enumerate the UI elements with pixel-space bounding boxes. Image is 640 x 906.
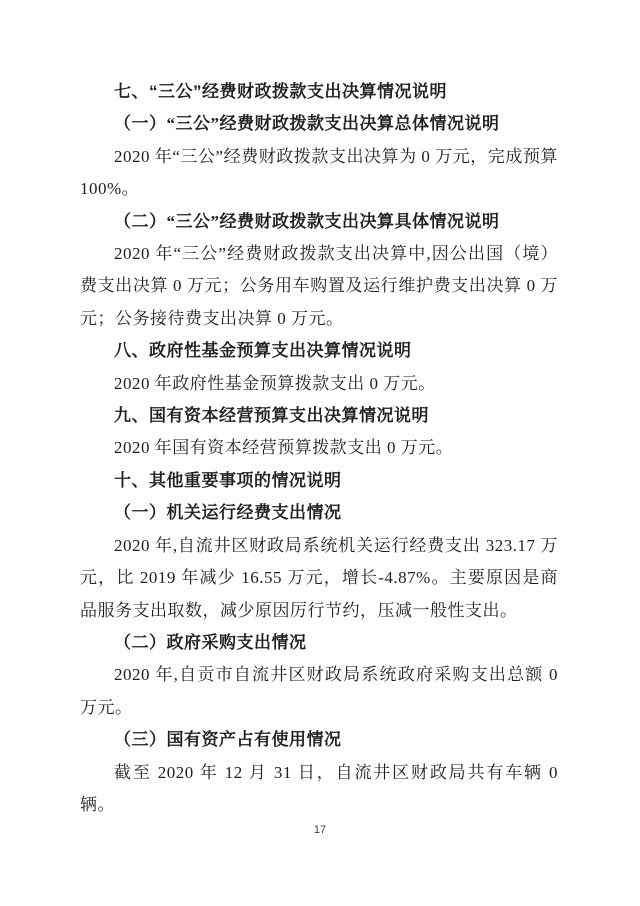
section-heading-7: 七、“三公”经费财政拨款支出决算情况说明: [80, 76, 558, 108]
paragraph-procurement: 2020 年,自贡市自流井区财政局系统政府采购支出总额 0 万元。: [80, 659, 558, 724]
section-heading-10: 十、其他重要事项的情况说明: [80, 465, 558, 497]
subsection-heading-7-1: （一）“三公”经费财政拨款支出决算总体情况说明: [80, 108, 558, 140]
subsection-heading-10-1: （一）机关运行经费支出情况: [80, 497, 558, 529]
document-page: 七、“三公”经费财政拨款支出决算情况说明 （一）“三公”经费财政拨款支出决算总体…: [0, 0, 640, 906]
section-heading-8: 八、政府性基金预算支出决算情况说明: [80, 335, 558, 367]
paragraph-state-capital: 2020 年国有资本经营预算拨款支出 0 万元。: [80, 432, 558, 464]
subsection-heading-7-2: （二）“三公”经费财政拨款支出决算具体情况说明: [80, 206, 558, 238]
subsection-heading-10-2: （二）政府采购支出情况: [80, 627, 558, 659]
paragraph-gov-funds: 2020 年政府性基金预算拨款支出 0 万元。: [80, 368, 558, 400]
document-content: 七、“三公”经费财政拨款支出决算情况说明 （一）“三公”经费财政拨款支出决算总体…: [80, 76, 558, 821]
paragraph-state-assets: 截至 2020 年 12 月 31 日，自流井区财政局共有车辆 0 辆。: [80, 757, 558, 822]
section-heading-9: 九、国有资本经营预算支出决算情况说明: [80, 400, 558, 432]
paragraph-operating-expense: 2020 年,自流井区财政局系统机关运行经费支出 323.17 万元，比 201…: [80, 530, 558, 627]
paragraph-detail-sangong: 2020 年“三公”经费财政拨款支出决算中,因公出国（境）费支出决算 0 万元；…: [80, 238, 558, 335]
paragraph-overall-sangong: 2020 年“三公”经费财政拨款支出决算为 0 万元，完成预算 100%。: [80, 141, 558, 206]
subsection-heading-10-3: （三）国有资产占有使用情况: [80, 724, 558, 756]
page-number: 17: [0, 822, 640, 838]
